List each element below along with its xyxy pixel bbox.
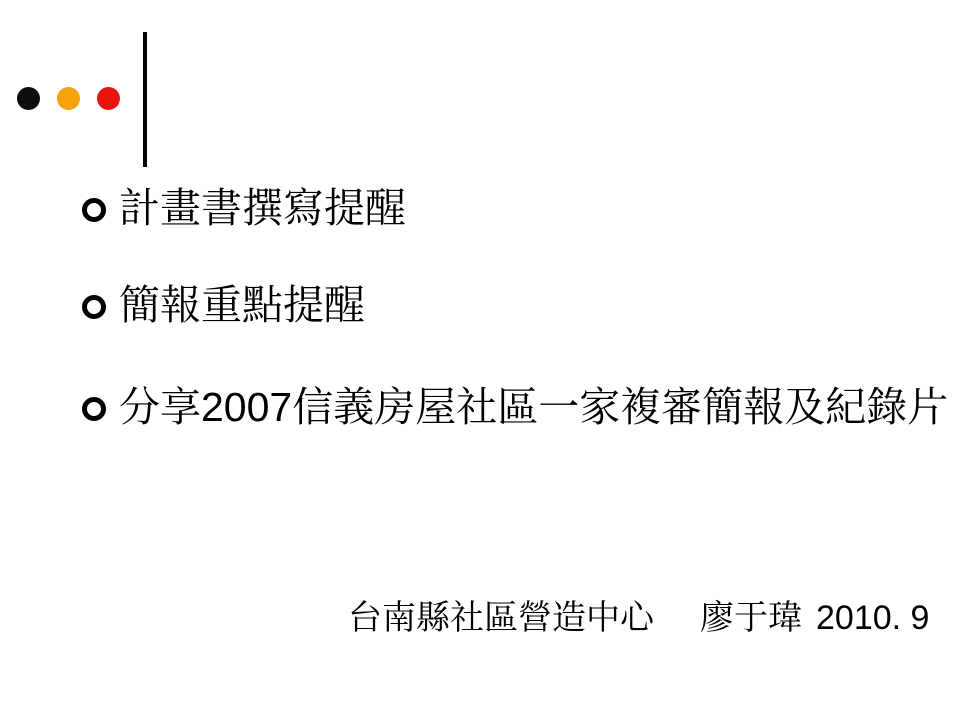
decor-dot-red xyxy=(97,87,120,110)
bullet-text: 分享2007信義房屋社區一家複審簡報及紀錄片 xyxy=(119,383,948,431)
decor-dot-black xyxy=(17,87,40,110)
slide: 計畫書撰寫提醒 簡報重點提醒 分享2007信義房屋社區一家複審簡報及紀錄片 台南… xyxy=(0,0,960,720)
bullet-item: 分享2007信義房屋社區一家複審簡報及紀錄片 xyxy=(82,383,950,431)
bullet-text: 計畫書撰寫提醒 xyxy=(119,184,406,232)
footer-date: 2010. 9 xyxy=(816,598,929,638)
footer-credit: 台南縣社區營造中心 廖于瑋 2010. 9 xyxy=(348,598,929,638)
decor-dot-orange xyxy=(57,87,80,110)
decor-vertical-line xyxy=(143,32,147,167)
ring-bullet-icon xyxy=(82,295,106,319)
bullet-item: 簡報重點提醒 xyxy=(82,281,950,329)
footer-author: 廖于瑋 xyxy=(700,598,802,638)
ring-bullet-icon xyxy=(82,198,106,222)
footer-organization: 台南縣社區營造中心 xyxy=(348,598,654,638)
ring-bullet-icon xyxy=(82,397,106,421)
bullet-text: 簡報重點提醒 xyxy=(119,281,365,329)
bullet-item: 計畫書撰寫提醒 xyxy=(82,184,950,232)
